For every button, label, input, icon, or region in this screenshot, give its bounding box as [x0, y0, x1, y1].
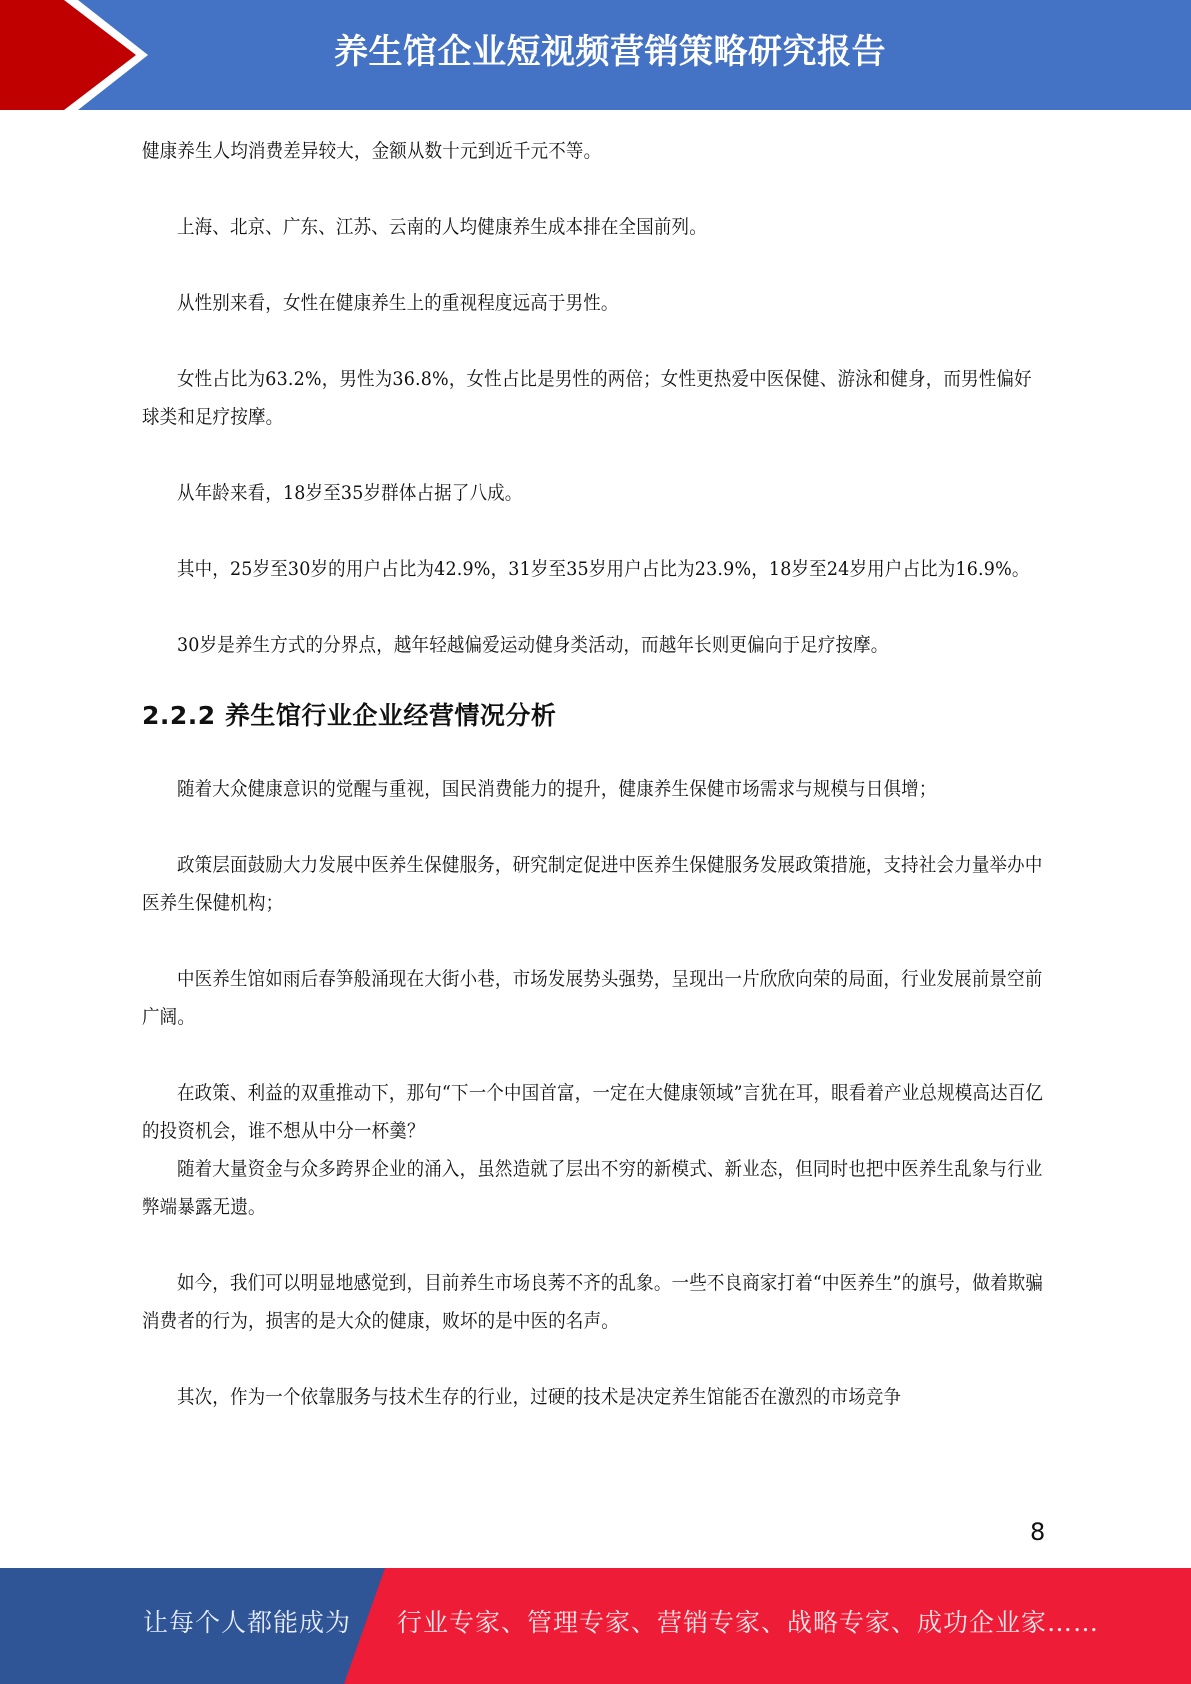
paragraph: 其中，25岁至30岁的用户占比为42.9%，31岁至35岁用户占比为23.9%，…: [142, 550, 1046, 588]
page-number: 8: [1030, 1518, 1045, 1546]
paragraph: 从性别来看，女性在健康养生上的重视程度远高于男性。: [142, 284, 1046, 322]
paragraph: 中医养生馆如雨后春笋般涌现在大街小巷，市场发展势头强势，呈现出一片欣欣向荣的局面…: [142, 960, 1046, 1036]
paragraph: 健康养生人均消费差异较大，金额从数十元到近千元不等。: [142, 132, 1046, 170]
footer-slogan-left: 让每个人都能成为: [143, 1606, 351, 1640]
paragraph: 政策层面鼓励大力发展中医养生保健服务，研究制定促进中医养生保健服务发展政策措施，…: [142, 846, 1046, 922]
paragraph: 如今，我们可以明显地感觉到，目前养生市场良莠不齐的乱象。一些不良商家打着“中医养…: [142, 1264, 1046, 1340]
paragraph: 从年龄来看，18岁至35岁群体占据了八成。: [142, 474, 1046, 512]
document-body: 健康养生人均消费差异较大，金额从数十元到近千元不等。 上海、北京、广东、江苏、云…: [142, 132, 1047, 1416]
paragraph: 随着大众健康意识的觉醒与重视，国民消费能力的提升，健康养生保健市场需求与规模与日…: [142, 770, 1046, 808]
footer-slogan-right: 行业专家、管理专家、营销专家、战略专家、成功企业家……: [397, 1606, 1099, 1640]
paragraph: 上海、北京、广东、江苏、云南的人均健康养生成本排在全国前列。: [142, 208, 1046, 246]
paragraph: 30岁是养生方式的分界点，越年轻越偏爱运动健身类活动，而越年长则更偏向于足疗按摩…: [142, 626, 1046, 664]
page-footer: 让每个人都能成为 行业专家、管理专家、营销专家、战略专家、成功企业家……: [0, 1568, 1191, 1684]
paragraph: 随着大量资金与众多跨界企业的涌入，虽然造就了层出不穷的新模式、新业态，但同时也把…: [142, 1150, 1046, 1226]
report-title: 养生馆企业短视频营销策略研究报告: [300, 26, 920, 78]
red-arrow-icon: [0, 0, 300, 110]
section-heading: 2.2.2 养生馆行业企业经营情况分析: [142, 696, 1047, 736]
paragraph: 其次，作为一个依靠服务与技术生存的行业，过硬的技术是决定养生馆能否在激烈的市场竞…: [142, 1378, 1046, 1416]
paragraph: 女性占比为63.2%，男性为36.8%，女性占比是男性的两倍；女性更热爱中医保健…: [142, 360, 1046, 436]
page-header: 养生馆企业短视频营销策略研究报告: [0, 0, 1191, 110]
paragraph: 在政策、利益的双重推动下，那句“下一个中国首富，一定在大健康领域”言犹在耳，眼看…: [142, 1074, 1046, 1150]
